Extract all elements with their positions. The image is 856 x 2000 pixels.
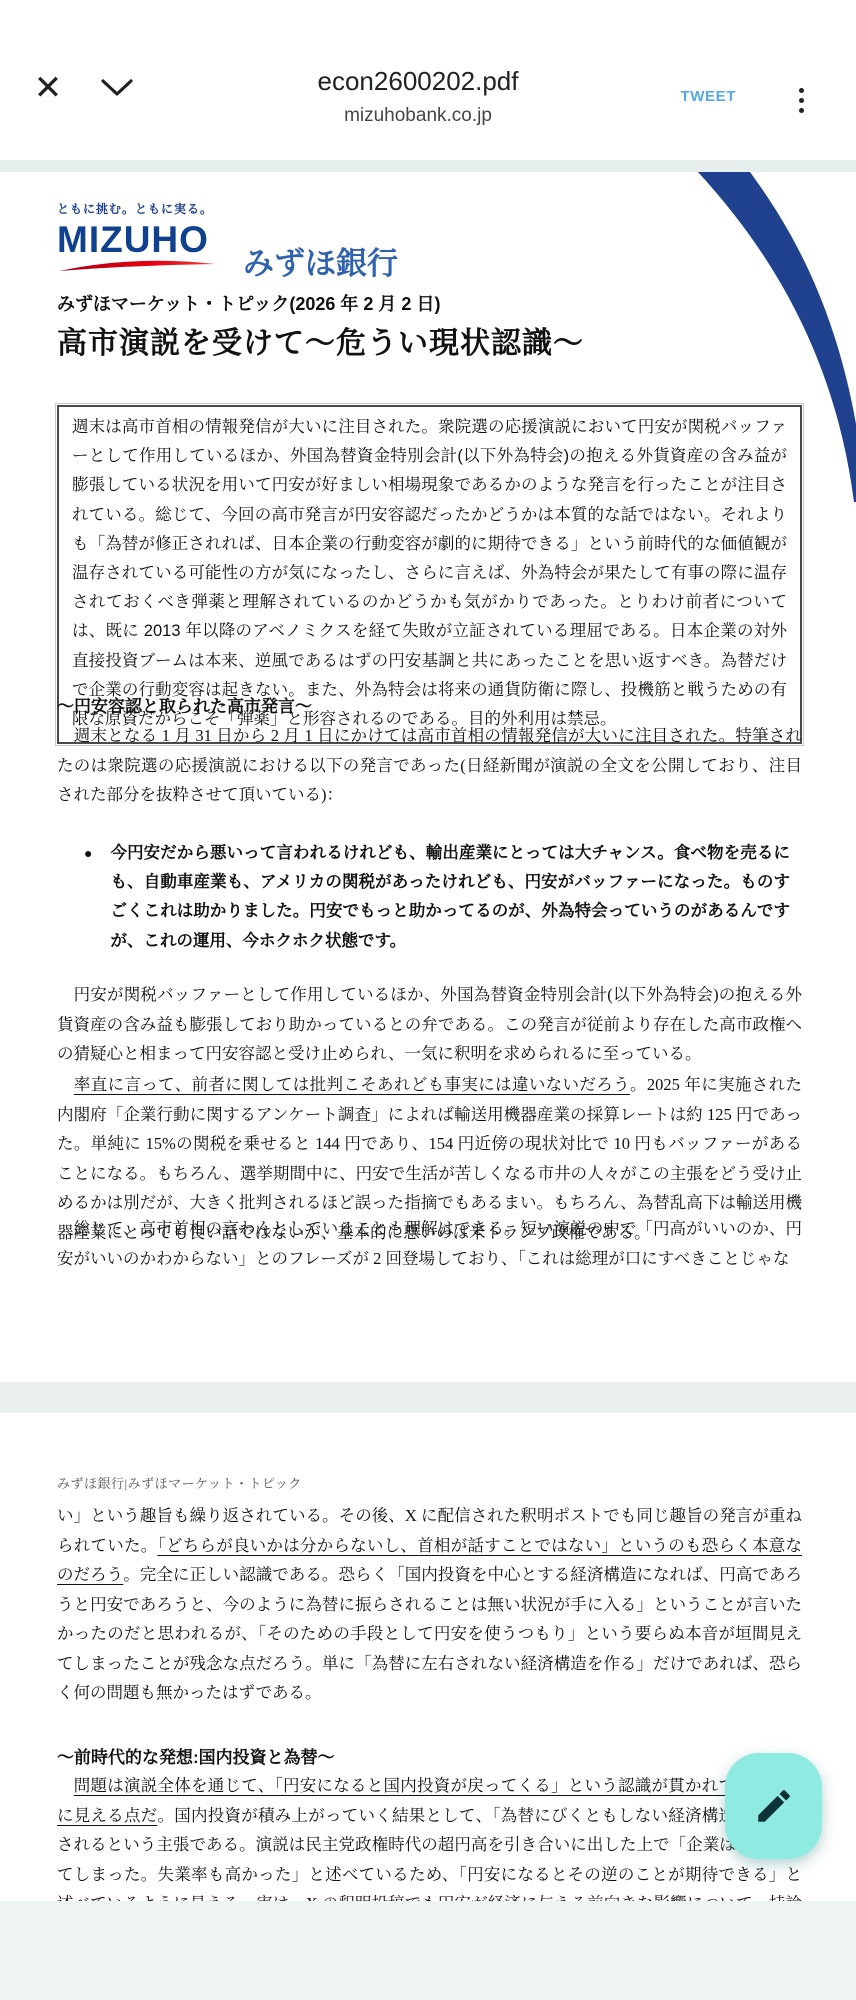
page-gap-top <box>0 160 856 172</box>
paragraph: 円安が関税バッファーとして作用しているほか、外国為替資金特別会計(以下外為特会)… <box>57 980 802 1069</box>
file-title-block: econ2600202.pdf mizuhobank.co.jp <box>170 66 666 128</box>
running-header: みずほ銀行|みずほマーケット・トピック <box>57 1473 302 1492</box>
bullet-icon: ● <box>84 839 92 956</box>
chevron-down-icon[interactable] <box>96 72 138 104</box>
paragraph: い」という趣旨も繰り返されている。その後、X に配信された釈明ポストでも同じ趣旨… <box>57 1501 802 1708</box>
mizuho-logo: ともに挑む。ともに実る。 MIZUHO みずほ銀行 <box>57 200 398 279</box>
report-series-title: みずほマーケット・トピック(2026 年 2 月 2 日) <box>57 290 440 316</box>
page-gap-between <box>0 1382 856 1413</box>
kebab-menu-icon[interactable] <box>788 80 814 120</box>
pdf-page-1[interactable]: ともに挑む。ともに実る。 MIZUHO みずほ銀行 みずほマーケット・トピック(… <box>0 172 856 1382</box>
pencil-icon <box>753 1785 795 1827</box>
paragraph: 週末となる 1 月 31 日から 2 月 1 日にかけては高市首相の情報発信が大… <box>57 721 802 810</box>
paragraph: 問題は演説全体を通じて、「円安になると国内投資が戻ってくる」という認識が貫かれて… <box>57 1771 802 1901</box>
edit-fab[interactable] <box>725 1753 822 1859</box>
viewer-background-bottom <box>0 1901 856 2000</box>
red-swoosh-icon <box>57 260 217 274</box>
tweet-button[interactable]: TWEET <box>681 88 737 105</box>
paragraph: 総じて、高市首相の言わんとしていることも理解はできる。短い演説の中で「円高がいい… <box>57 1214 802 1273</box>
file-name: econ2600202.pdf <box>170 66 666 96</box>
logo-tagline: ともに挑む。ともに実る。 <box>57 200 398 217</box>
report-headline: 高市演説を受けて～危うい現状認識～ <box>57 318 584 362</box>
pdf-viewer-toolbar: ✕ econ2600202.pdf mizuhobank.co.jp TWEET <box>0 0 856 160</box>
mizuho-wordmark-jp: みずほ銀行 <box>243 248 398 279</box>
close-icon[interactable]: ✕ <box>26 62 70 114</box>
quote-text: 今円安だから悪いって言われるけれども、輸出産業にとっては大チャンス。食べ物を売る… <box>110 839 790 956</box>
quote-bullet: ● 今円安だから悪いって言われるけれども、輸出産業にとっては大チャンス。食べ物を… <box>84 839 790 956</box>
source-domain: mizuhobank.co.jp <box>170 104 666 128</box>
section-heading-1: ～円安容認と取られた高市発言～ <box>57 692 312 717</box>
section-heading-2: ～前時代的な発想:国内投資と為替～ <box>57 1743 335 1768</box>
mizuho-wordmark-en: MIZUHO <box>57 221 217 279</box>
